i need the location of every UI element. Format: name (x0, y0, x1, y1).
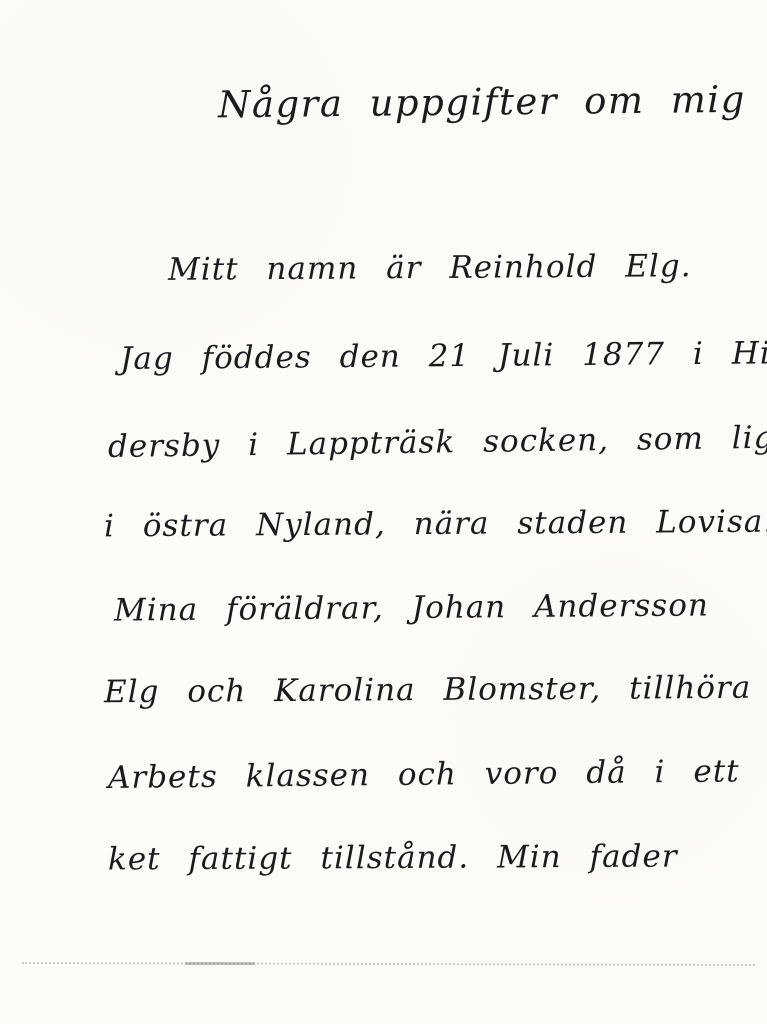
manuscript-line: Mitt namn är Reinhold Elg. (168, 248, 692, 288)
scan-artifact-line (22, 962, 755, 966)
manuscript-line: ket fattigt tillstånd. Min fader (108, 839, 678, 878)
manuscript-line: Arbets klassen och voro då i ett myc= (108, 752, 767, 796)
manuscript-page: Några uppgifter om mig själf Mitt namn ä… (0, 0, 767, 1024)
manuscript-line: Jag föddes den 21 Juli 1877 i Hin= (120, 335, 767, 377)
manuscript-line: dersby i Lappträsk socken, som ligger (108, 419, 767, 465)
manuscript-line: Elg och Karolina Blomster, tillhöra (104, 670, 752, 711)
manuscript-line: i östra Nyland, nära staden Lovisa. (104, 504, 767, 545)
document-title: Några uppgifter om mig själf (218, 77, 767, 127)
manuscript-line: Mina föräldrar, Johan Andersson (114, 587, 709, 628)
scan-artifact-smudge (185, 962, 255, 965)
